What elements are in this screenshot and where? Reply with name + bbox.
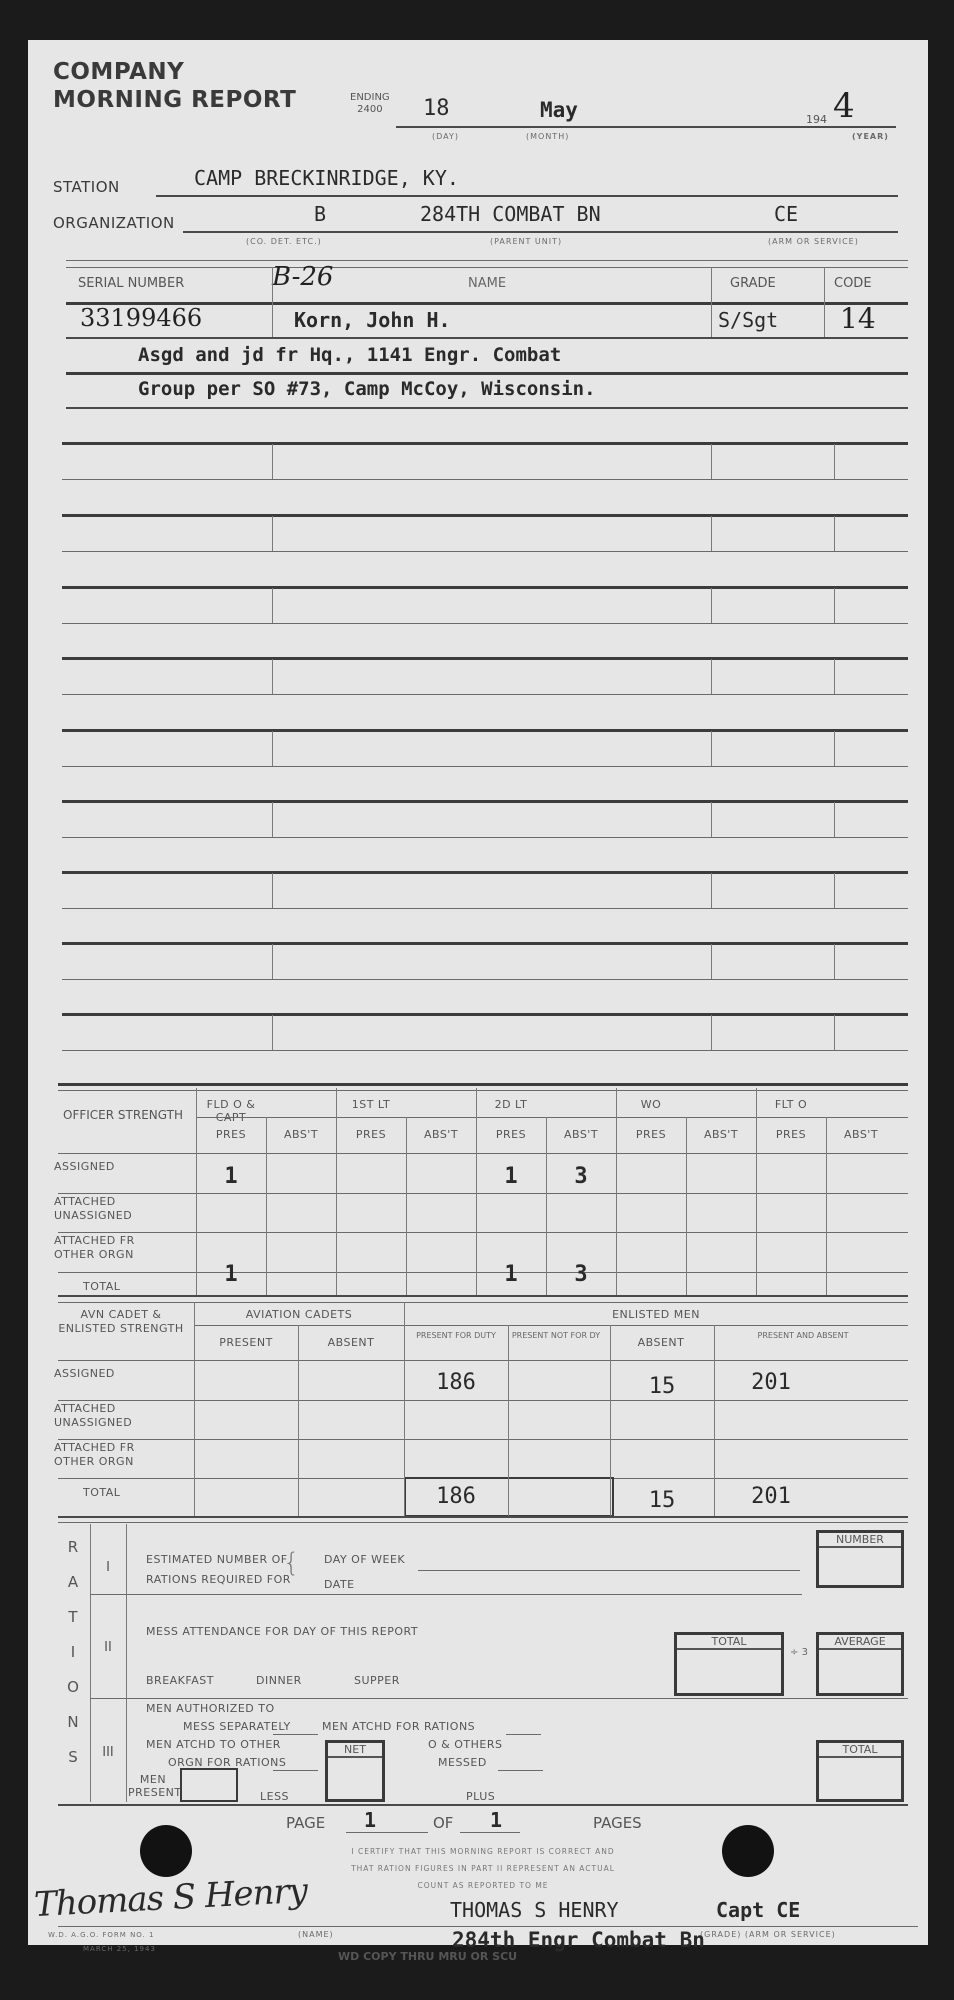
col-absent: ABSENT	[298, 1336, 404, 1349]
cell: 3	[546, 1164, 616, 1189]
subheader-pres: PRES	[336, 1128, 406, 1141]
men-atchd-for-rations-text: MEN ATCHD FOR RATIONS	[322, 1720, 475, 1733]
row-label-attached-unassigned: ATTACHED UNASSIGNED	[54, 1402, 174, 1430]
parent-unit-value: 284TH COMBAT BN	[420, 202, 601, 226]
page-number: 1	[364, 1808, 376, 1832]
serial-value: 33199466	[80, 304, 202, 332]
name-header: NAME	[468, 276, 506, 291]
divide-by-3: ÷ 3	[784, 1645, 814, 1661]
group-flt-o: FLT O	[756, 1098, 826, 1111]
men-atchd-other-text: MEN ATCHD TO OTHER	[146, 1738, 281, 1751]
plus-label: PLUS	[466, 1790, 495, 1803]
mess-total-box: TOTAL	[674, 1632, 784, 1696]
officer-name: THOMAS S HENRY	[450, 1898, 619, 1922]
part-1-numeral: I	[90, 1560, 126, 1575]
part-1-text: ESTIMATED NUMBER OF	[146, 1553, 288, 1566]
col-present-and-absent: PRESENT AND ABSENT	[728, 1330, 878, 1342]
subheader-abst: ABS'T	[826, 1128, 896, 1141]
remark-line-2: Group per SO #73, Camp McCoy, Wisconsin.	[138, 378, 596, 400]
row-label-assigned: ASSIGNED	[54, 1160, 115, 1173]
parent-caption: (PARENT UNIT)	[490, 237, 562, 246]
officer-grade: Capt CE	[716, 1898, 800, 1922]
year-value: 4	[833, 86, 855, 126]
men-authorized-text: MEN AUTHORIZED TO	[146, 1702, 275, 1715]
col-present-not-for-duty: PRESENT NOT FOR DY	[508, 1330, 604, 1342]
mess-attendance-label: MESS ATTENDANCE FOR DAY OF THIS REPORT	[146, 1625, 418, 1638]
part-3-total-box: TOTAL	[816, 1740, 904, 1802]
company-value: B	[314, 202, 326, 226]
subheader-abst: ABS'T	[686, 1128, 756, 1141]
brace-icon: {	[283, 1548, 300, 1578]
rule	[66, 337, 908, 339]
remark-line-1: Asgd and jd fr Hq., 1141 Engr. Combat	[138, 344, 561, 366]
col-present: PRESENT	[194, 1336, 298, 1349]
form-title: COMPANY MORNING REPORT	[53, 58, 296, 114]
title-line-2: MORNING REPORT	[53, 86, 296, 114]
cell: 186	[404, 1370, 508, 1395]
morning-report-form: COMPANY MORNING REPORT ENDING 2400 18 Ma…	[28, 40, 928, 1945]
average-box: AVERAGE	[816, 1632, 904, 1696]
form-number: W.D. A.G.O. FORM NO. 1	[48, 1931, 154, 1939]
group-2d-lt: 2D LT	[476, 1098, 546, 1111]
arm-caption: (ARM OR SERVICE)	[768, 237, 859, 246]
grade-value: S/Sgt	[718, 308, 778, 332]
breakfast-label: BREAKFAST	[146, 1674, 214, 1687]
punch-hole-left	[140, 1825, 192, 1877]
cell: 1	[196, 1164, 266, 1189]
company-caption: (CO. DET. ETC.)	[246, 237, 322, 246]
subheader-pres: PRES	[756, 1128, 826, 1141]
group-fld-o-capt: FLD O & CAPT	[196, 1098, 266, 1124]
rule	[66, 407, 908, 409]
cell: 186	[404, 1484, 508, 1509]
grade-header: GRADE	[730, 276, 776, 291]
col-present-for-duty: PRESENT FOR DUTY	[408, 1330, 504, 1342]
station-label: STATION	[53, 178, 120, 196]
unit-name: 284th Engr Combat Bn	[452, 1928, 705, 1952]
organization-label: ORGANIZATION	[53, 214, 175, 232]
year-caption: (YEAR)	[852, 132, 889, 141]
title-line-1: COMPANY	[53, 58, 296, 86]
of-label: OF	[433, 1814, 453, 1832]
cell: 1	[476, 1164, 546, 1189]
rule	[66, 260, 908, 261]
officer-strength-title: OFFICER STRENGTH	[58, 1108, 188, 1123]
pages-label: PAGES	[593, 1814, 642, 1832]
cell: 3	[546, 1262, 616, 1287]
signature: Thomas S Henry	[33, 1871, 308, 1925]
part-2-numeral: II	[90, 1640, 126, 1655]
cell: 201	[674, 1484, 868, 1509]
organization-line	[183, 231, 898, 233]
station-line	[156, 195, 898, 197]
name-caption: (NAME)	[298, 1930, 334, 1939]
grade-caption: (GRADE) (ARM OR SERVICE)	[700, 1930, 836, 1939]
form-date: MARCH 25, 1943	[83, 1945, 156, 1953]
subheader-pres: PRES	[476, 1128, 546, 1141]
date-label: DATE	[324, 1578, 355, 1591]
less-label: LESS	[260, 1790, 289, 1803]
group-wo: WO	[616, 1098, 686, 1111]
cell: 201	[674, 1370, 868, 1395]
certification-text: I CERTIFY THAT THIS MORNING REPORT IS CO…	[248, 1843, 718, 1894]
number-box: NUMBER	[816, 1530, 904, 1588]
rations-side-label: R A T I O N S	[58, 1530, 88, 1775]
row-label-assigned: ASSIGNED	[54, 1367, 115, 1380]
name-value: Korn, John H.	[294, 308, 451, 332]
rule	[66, 267, 908, 268]
page-label: PAGE	[286, 1814, 325, 1832]
annotation: B-26	[272, 262, 333, 292]
col-divider	[824, 267, 825, 337]
code-header: CODE	[834, 276, 872, 291]
date-line	[396, 126, 896, 128]
code-value: 14	[840, 302, 876, 335]
copy-note: WD COPY THRU MRU OR SCU	[338, 1950, 517, 1963]
row-label-total: TOTAL	[83, 1280, 120, 1293]
group-enlisted-men: ENLISTED MEN	[404, 1308, 908, 1321]
enlisted-strength-title: AVN CADET & ENLISTED STRENGTH	[56, 1308, 186, 1336]
group-1st-lt: 1ST LT	[336, 1098, 406, 1111]
row-label-attached-fr-other: ATTACHED FR OTHER ORGN	[54, 1234, 174, 1262]
men-present-label: MEN PRESENT	[128, 1773, 178, 1799]
cell: 1	[196, 1262, 266, 1287]
o-others-text: O & OTHERS	[428, 1738, 502, 1751]
row-label-attached-fr-other: ATTACHED FR OTHER ORGN	[54, 1441, 174, 1469]
serial-header: SERIAL NUMBER	[78, 276, 184, 291]
subheader-pres: PRES	[196, 1128, 266, 1141]
messed-text: MESSED	[438, 1756, 487, 1769]
arm-value: CE	[774, 202, 798, 226]
station-value: CAMP BRECKINRIDGE, KY.	[194, 166, 459, 190]
cell: 1	[476, 1262, 546, 1287]
dinner-label: DINNER	[256, 1674, 302, 1687]
row-label-attached-unassigned: ATTACHED UNASSIGNED	[54, 1195, 174, 1223]
month-value: May	[540, 98, 578, 122]
subheader-abst: ABS'T	[406, 1128, 476, 1141]
punch-hole-right	[722, 1825, 774, 1877]
month-caption: (MONTH)	[526, 132, 569, 141]
subheader-abst: ABS'T	[266, 1128, 336, 1141]
men-present-box	[180, 1768, 238, 1802]
supper-label: SUPPER	[354, 1674, 400, 1687]
day-caption: (DAY)	[432, 132, 459, 141]
year-prefix: 194	[806, 113, 827, 126]
mess-separately-text: MESS SEPARATELY	[183, 1720, 291, 1733]
subheader-pres: PRES	[616, 1128, 686, 1141]
col-enlisted-absent: ABSENT	[610, 1336, 712, 1349]
total-pages: 1	[490, 1808, 502, 1832]
col-divider	[711, 267, 712, 337]
rule	[66, 372, 908, 375]
part-1-text: RATIONS REQUIRED FOR	[146, 1573, 291, 1586]
day-value: 18	[423, 96, 450, 121]
subheader-abst: ABS'T	[546, 1128, 616, 1141]
group-aviation-cadets: AVIATION CADETS	[194, 1308, 404, 1321]
net-box: NET	[325, 1740, 385, 1802]
col-divider	[272, 267, 273, 337]
ending-label: ENDING 2400	[350, 92, 390, 116]
row-label-total: TOTAL	[83, 1486, 120, 1499]
part-3-numeral: III	[90, 1745, 126, 1760]
day-of-week-label: DAY OF WEEK	[324, 1553, 405, 1566]
